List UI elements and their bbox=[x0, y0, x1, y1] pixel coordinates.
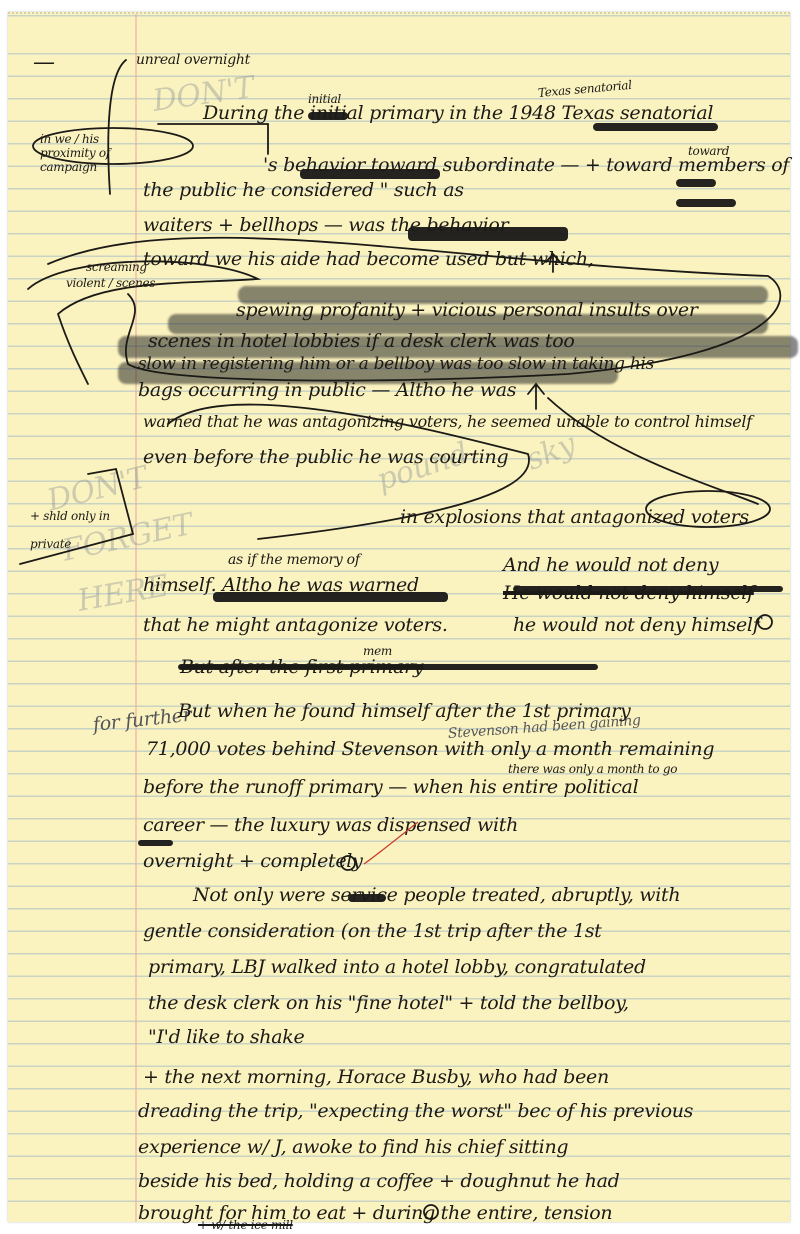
margin-note: violent / scenes bbox=[66, 276, 155, 290]
text-line: spewing profanity + vicious personal ins… bbox=[236, 299, 698, 321]
text-line: 's behavior toward subordinate — + towar… bbox=[263, 154, 789, 176]
legal-pad-page: DON'T DON'T FORGET HERE pound sky — unre… bbox=[8, 12, 790, 1222]
struck-text-line: + w/ the ice mill bbox=[198, 1218, 293, 1232]
text-line: even before the public he was courting bbox=[143, 446, 508, 468]
text-line: primary, LBJ walked into a hotel lobby, … bbox=[148, 956, 646, 978]
text-line: + the next morning, Horace Busby, who ha… bbox=[143, 1066, 609, 1088]
text-line: "I'd like to shake bbox=[148, 1026, 304, 1048]
text-line: dreading the trip, "expecting the worst"… bbox=[138, 1100, 693, 1122]
interlinear-insert: Texas senatorial bbox=[537, 78, 632, 100]
text-line: career — the luxury was dispensed with bbox=[143, 814, 518, 836]
text-line: before the runoff primary — when his ent… bbox=[143, 776, 638, 798]
text-line: beside his bed, holding a coffee + dough… bbox=[138, 1170, 620, 1192]
text-line: During the initial primary in the 1948 T… bbox=[203, 102, 713, 124]
margin-line bbox=[135, 14, 137, 1222]
text-line: But when he found himself after the 1st … bbox=[178, 700, 630, 722]
text-line: Not only were service people treated, ab… bbox=[193, 884, 680, 906]
text-line: the public he considered " such as bbox=[143, 179, 464, 201]
blackout-mark bbox=[593, 123, 718, 131]
text-line: bags occurring in public — Altho he was bbox=[138, 379, 516, 401]
text-line: slow in registering him or a bellboy was… bbox=[138, 354, 654, 374]
text-line: gentle consideration (on the 1st trip af… bbox=[143, 920, 602, 942]
text-line: waiters + bellhops — was the behavior bbox=[143, 214, 508, 236]
text-line: himself. Altho he was warned bbox=[143, 574, 419, 596]
text-line: he would not deny himself bbox=[513, 614, 759, 636]
top-dash: — bbox=[33, 50, 55, 75]
text-line: overnight + completely bbox=[143, 850, 363, 872]
struck-text-line: But after the first primary bbox=[180, 656, 423, 678]
text-line: And he would not deny bbox=[503, 554, 718, 576]
blackout-mark bbox=[138, 840, 173, 846]
text-line: scenes in hotel lobbies if a desk clerk … bbox=[148, 330, 575, 352]
interlinear-insert: screaming bbox=[86, 260, 147, 274]
text-line: in explosions that antagonized voters bbox=[400, 506, 749, 528]
insert-note: unreal overnight bbox=[136, 52, 250, 68]
blackout-mark bbox=[676, 179, 716, 187]
text-line: 71,000 votes behind Stevenson with only … bbox=[146, 738, 714, 760]
text-line: that he might antagonize voters. bbox=[143, 614, 448, 636]
struck-text-line: He would not deny himself bbox=[503, 582, 754, 604]
insert-arrow bbox=[528, 384, 544, 409]
margin-note: in we / his proximity of campaign bbox=[40, 132, 135, 174]
blackout-mark bbox=[676, 199, 736, 207]
text-line: as if the memory of bbox=[228, 552, 360, 568]
text-line: toward we his aide had become used but w… bbox=[143, 248, 594, 270]
boxed-margin-note: + shld only in private bbox=[30, 502, 110, 558]
circled-x-mark bbox=[758, 615, 772, 629]
interlinear-insert: there was only a month to go bbox=[508, 762, 677, 776]
text-line: experience w/ J, awoke to find his chief… bbox=[138, 1136, 568, 1158]
bleedthrough-text: sky bbox=[521, 427, 580, 478]
text-line: the desk clerk on his "fine hotel" + tol… bbox=[148, 992, 629, 1014]
text-line: warned that he was antagonizing voters, … bbox=[143, 412, 752, 431]
